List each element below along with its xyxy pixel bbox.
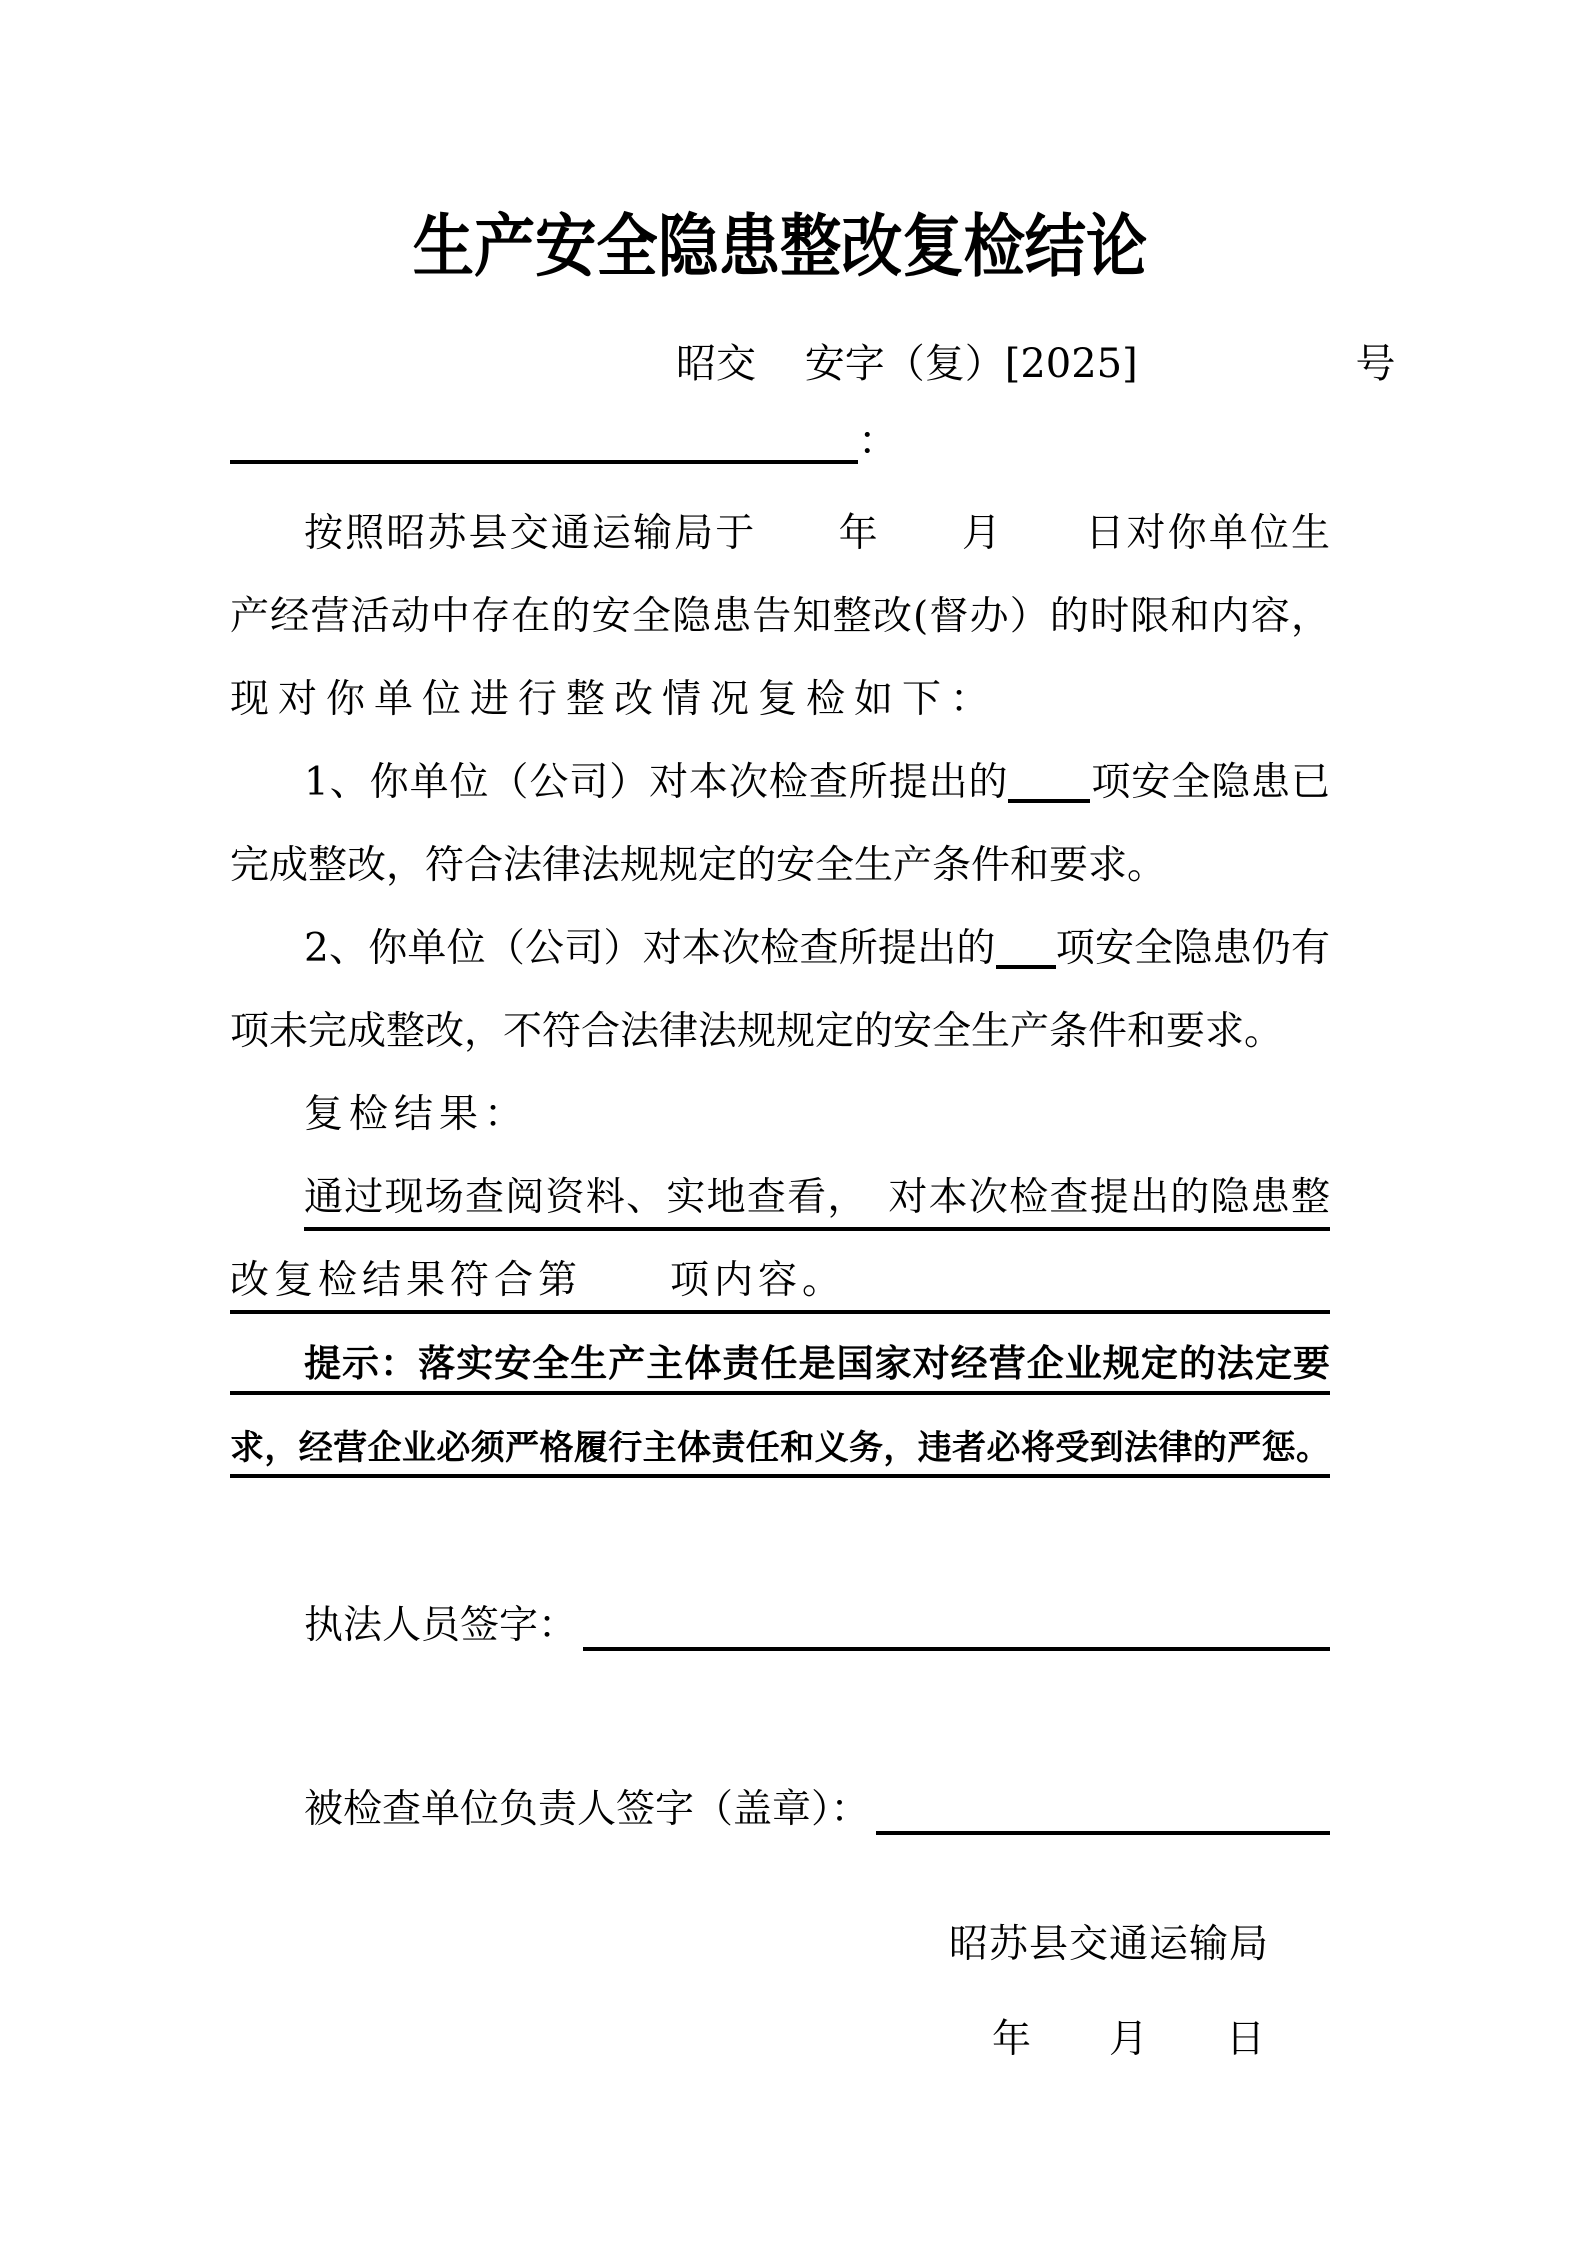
- issue-date-blank-line: 年 月 日: [230, 1998, 1330, 2081]
- item1-line-2: 完成整改，符合法律法规规定的安全生产条件和要求。: [230, 824, 1330, 907]
- intro-line-2: 产经营活动中存在的安全隐患告知整改(督办）的时限和内容，: [230, 575, 1330, 658]
- result-line-1: 通过现场查阅资料、实地查看， 对本次检查提出的隐患整: [230, 1156, 1330, 1239]
- enforcer-signature-blank-field[interactable]: [583, 1584, 1330, 1651]
- addressee-blank-field[interactable]: [230, 416, 858, 464]
- item2-line-2: 项未完成整改，不符合法律法规规定的安全生产条件和要求。: [230, 990, 1330, 1073]
- addressee-colon: ：: [858, 418, 898, 464]
- item2-tail-text: 项安全隐患仍有: [1056, 926, 1330, 971]
- intro-line-1: 按照昭苏县交通运输局于 年 月 日对你单位生: [230, 492, 1330, 575]
- result-underlined-text-1: 通过现场查阅资料、实地查看， 对本次检查提出的隐患整: [304, 1176, 1330, 1231]
- enforcer-signature-label: 执法人员签字：: [230, 1584, 577, 1667]
- item1-lead-text: 1、你单位（公司）对本次检查所提出的: [304, 760, 1008, 805]
- item1-count-blank-field[interactable]: [1008, 765, 1090, 803]
- doc-number-suffix: 号: [1355, 341, 1395, 387]
- result-line-2: 改复检结果符合第 项内容。: [230, 1239, 1330, 1322]
- notice-underlined-text-1: 提示：落实安全生产主体责任是国家对经营企业规定的法定要: [230, 1342, 1330, 1395]
- document-body: 按照昭苏县交通运输局于 年 月 日对你单位生 产经营活动中存在的安全隐患告知整改…: [230, 492, 1330, 1488]
- item2-line-1: 2、你单位（公司）对本次检查所提出的项安全隐患仍有: [230, 907, 1330, 990]
- item1-line-1: 1、你单位（公司）对本次检查所提出的项安全隐患已: [230, 741, 1330, 824]
- notice-line-2: 求，经营企业必须严格履行主体责任和义务，违者必将受到法律的严惩。: [230, 1405, 1330, 1488]
- intro-line-3: 现对你单位进行整改情况复检如下：: [230, 658, 1330, 741]
- result-underlined-text-2: 改复检结果符合第 项内容。: [230, 1259, 1330, 1314]
- issuing-agency: 昭苏县交通运输局: [230, 1903, 1330, 1986]
- notice-underlined-text-2: 求，经营企业必须严格履行主体责任和义务，违者必将受到法律的严惩。: [230, 1429, 1330, 1478]
- inspected-signature-row: 被检查单位负责人签字（盖章）：: [230, 1768, 1330, 1851]
- document-number-line: 昭交 安字（复）[2025] 号: [230, 336, 1330, 392]
- document-content: 生产安全隐患整改复检结论 昭交 安字（复）[2025] 号 ： 按照昭苏县交通运…: [230, 0, 1330, 2081]
- result-label: 复检结果：: [230, 1073, 1330, 1156]
- document-title: 生产安全隐患整改复检结论: [285, 202, 1275, 292]
- inspected-signature-label: 被检查单位负责人签字（盖章）：: [230, 1768, 870, 1851]
- inspected-signature-blank-field[interactable]: [876, 1768, 1330, 1835]
- item1-tail-text: 项安全隐患已: [1090, 760, 1330, 805]
- item2-lead-text: 2、你单位（公司）对本次检查所提出的: [304, 926, 996, 971]
- doc-number-prefix: 昭交: [676, 341, 756, 387]
- notice-line-1: 提示：落实安全生产主体责任是国家对经营企业规定的法定要: [230, 1322, 1330, 1405]
- document-page: 生产安全隐患整改复检结论 昭交 安字（复）[2025] 号 ： 按照昭苏县交通运…: [0, 0, 1587, 2245]
- enforcer-signature-row: 执法人员签字：: [230, 1584, 1330, 1667]
- addressee-line: ：: [230, 412, 1330, 470]
- doc-number-code: 安字（复）[2025]: [805, 341, 1138, 387]
- item2-count-blank-field[interactable]: [996, 931, 1056, 969]
